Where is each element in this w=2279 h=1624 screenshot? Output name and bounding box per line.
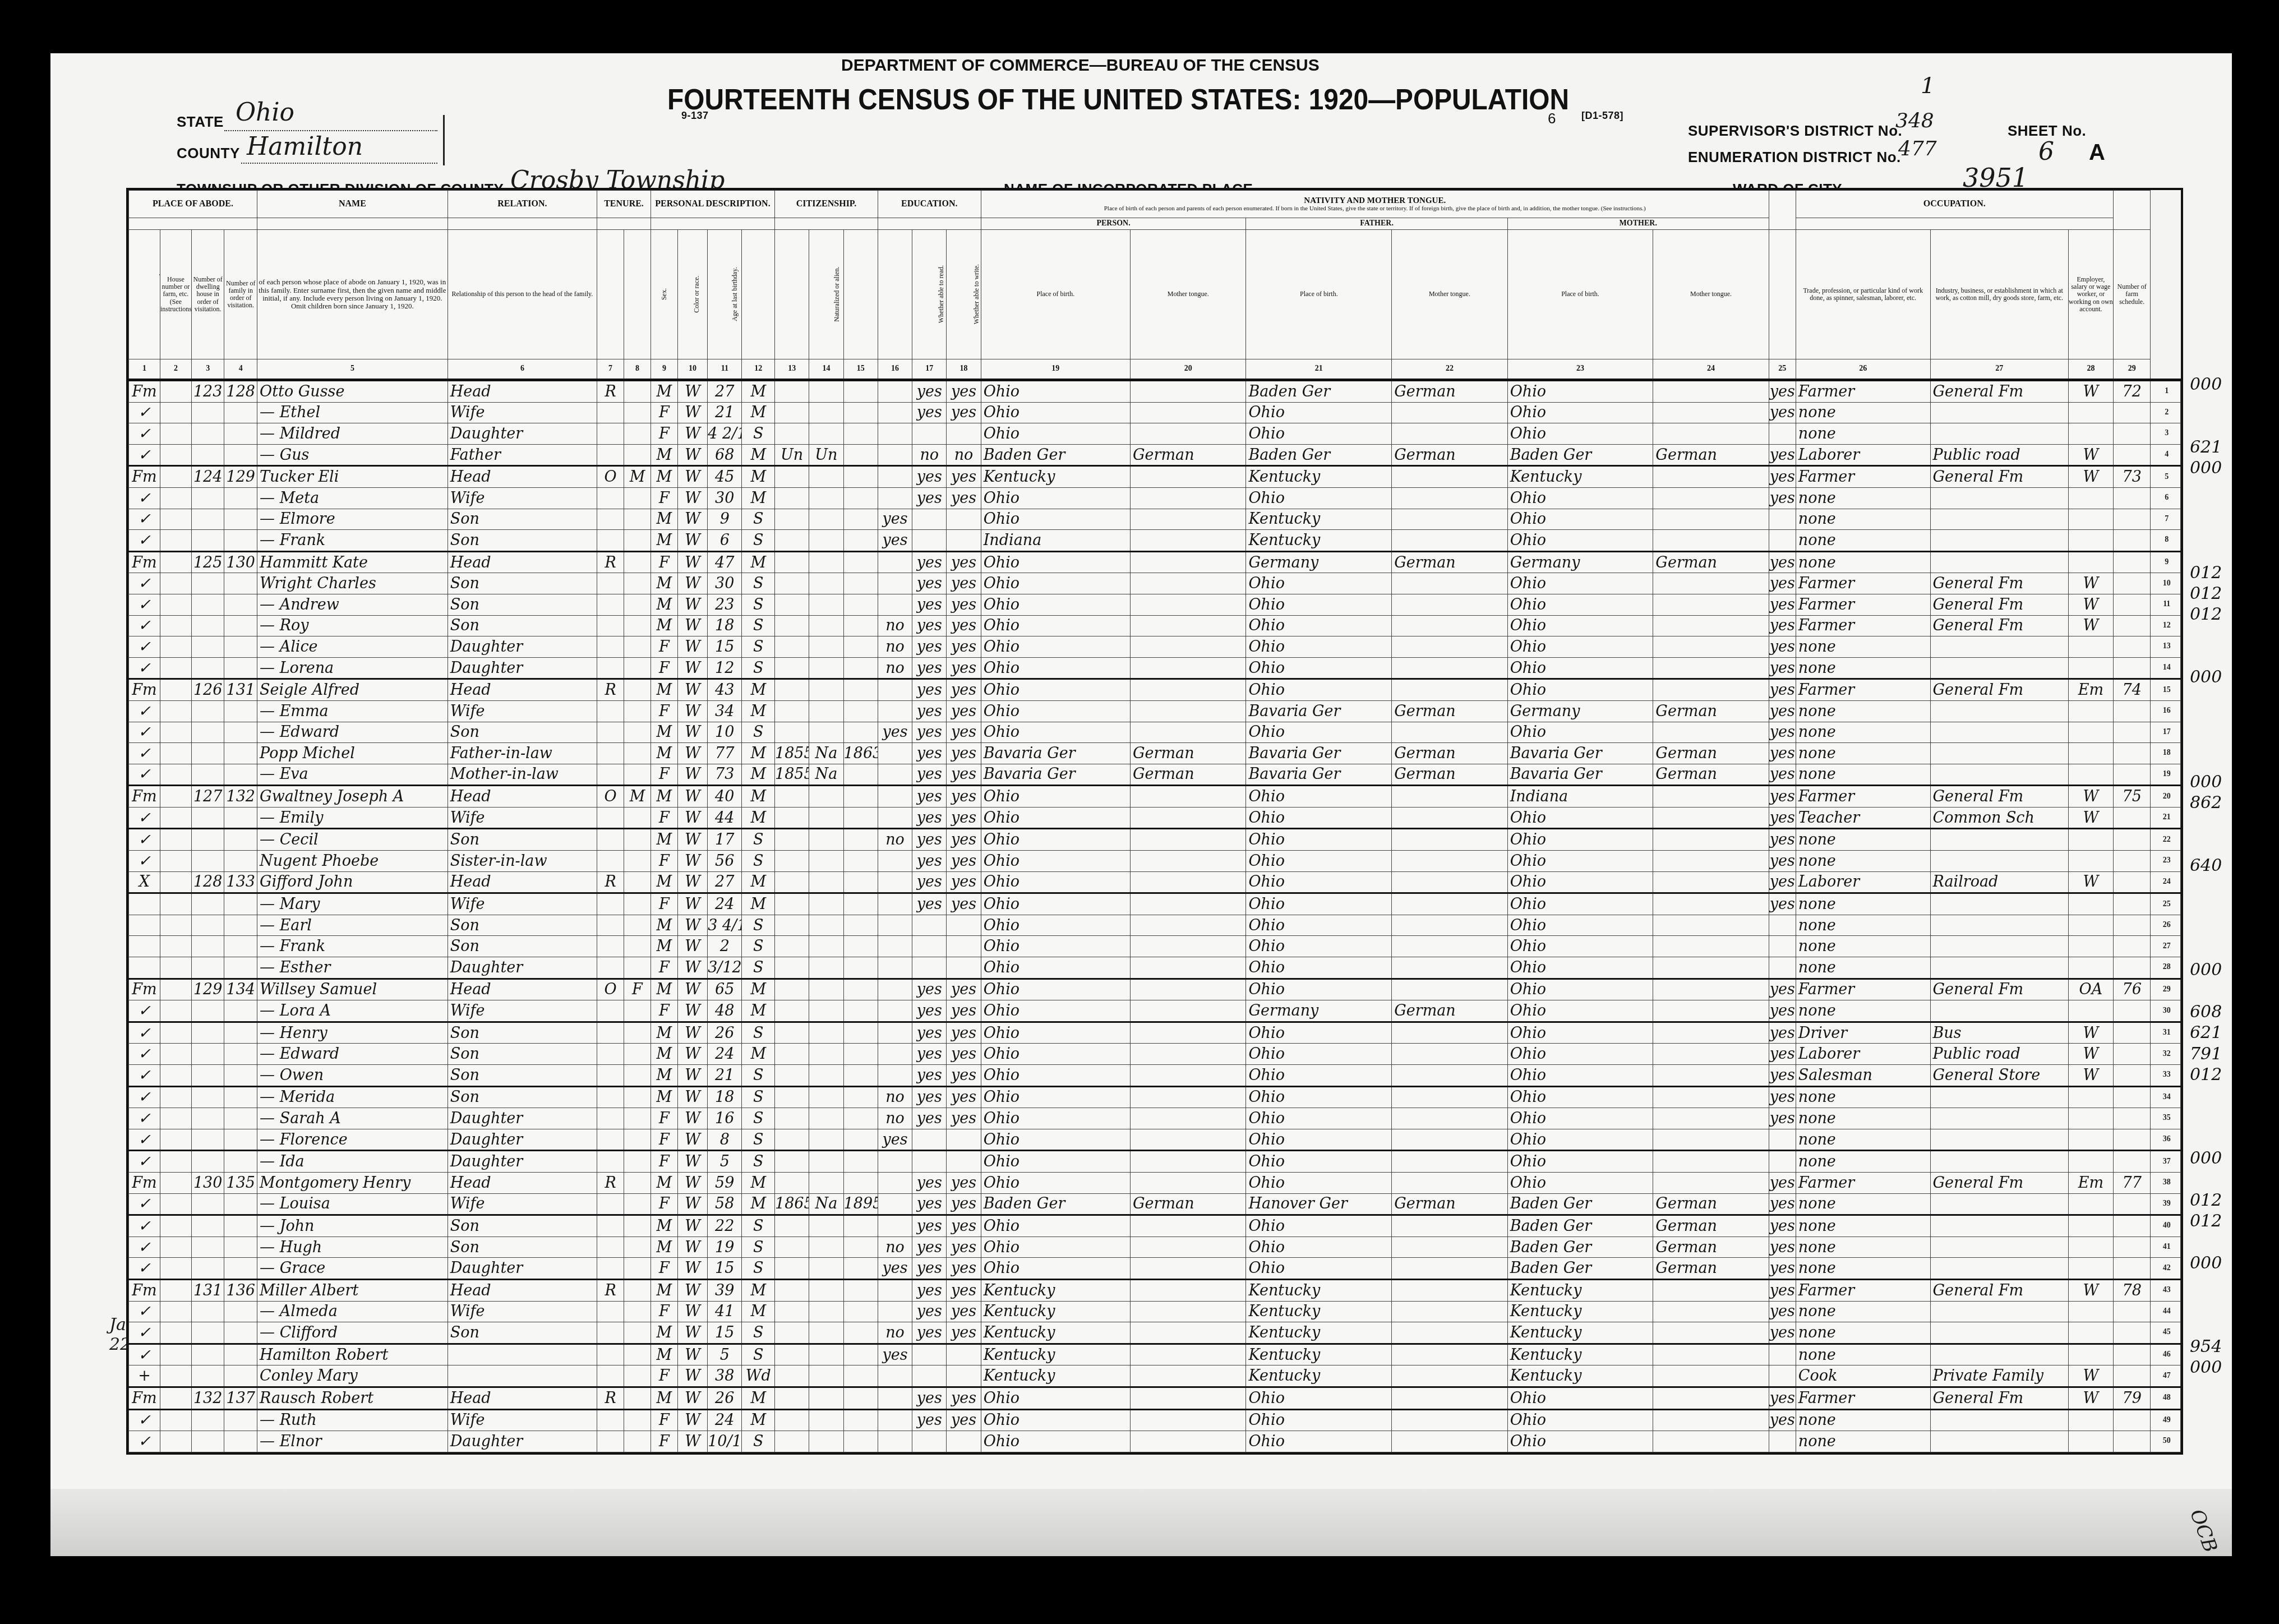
group-education: EDUCATION. bbox=[878, 191, 981, 218]
farm-schedule-cell: 76 bbox=[2113, 979, 2151, 1000]
home-owned-cell bbox=[597, 764, 624, 786]
state-line bbox=[224, 130, 437, 131]
mortgage-cell bbox=[624, 573, 651, 594]
father-tongue-cell bbox=[1392, 1129, 1507, 1151]
col-header-name: of each person whose place of abode on J… bbox=[257, 230, 448, 359]
trade-cell: Farmer bbox=[1796, 786, 1930, 808]
dwelling-number-cell bbox=[191, 615, 224, 636]
employer-class-cell bbox=[2068, 1086, 2113, 1108]
home-owned-cell bbox=[597, 1044, 624, 1065]
dwelling-number-cell bbox=[191, 1322, 224, 1344]
house-number-cell bbox=[160, 829, 191, 851]
line-number: 43 bbox=[2151, 1279, 2181, 1301]
farm-schedule-cell bbox=[2113, 829, 2151, 851]
read-cell: yes bbox=[912, 1044, 947, 1065]
family-number-cell bbox=[224, 722, 257, 743]
father-tongue-cell bbox=[1392, 829, 1507, 851]
relation-cell: Son bbox=[448, 936, 597, 957]
father-birthplace-cell: Ohio bbox=[1246, 915, 1392, 936]
home-owned-cell: R bbox=[597, 551, 624, 573]
name-cell: Hamilton Robert bbox=[257, 1344, 448, 1365]
sex-cell: F bbox=[651, 423, 677, 445]
naturalized-cell bbox=[809, 530, 843, 552]
write-cell bbox=[947, 1151, 981, 1173]
family-number-cell bbox=[224, 1086, 257, 1108]
school-cell bbox=[878, 807, 912, 829]
birthplace-cell: Ohio bbox=[981, 957, 1130, 979]
name-cell: Gwaltney Joseph A bbox=[257, 786, 448, 808]
employer-class-cell bbox=[2068, 1322, 2113, 1344]
mortgage-cell bbox=[624, 509, 651, 530]
street-cell: + bbox=[129, 1365, 160, 1387]
father-tongue-cell bbox=[1392, 530, 1507, 552]
industry-cell bbox=[1930, 893, 2068, 915]
mother-birthplace-cell: Baden Ger bbox=[1507, 444, 1653, 466]
mother-mother-tongue-cell bbox=[1653, 1151, 1769, 1173]
sex-cell: F bbox=[651, 1431, 677, 1452]
col-number: 27 bbox=[1930, 359, 2068, 380]
trade-cell: Salesman bbox=[1796, 1065, 1930, 1087]
father-birthplace-cell: Bavaria Ger bbox=[1246, 743, 1392, 764]
mother-tongue-cell bbox=[1131, 1322, 1246, 1344]
col-header-home-owned: Home owned or rented. bbox=[597, 230, 624, 359]
father-birthplace-cell: Ohio bbox=[1246, 1044, 1392, 1065]
immigration-year-cell bbox=[775, 1108, 809, 1129]
mother-birthplace-cell: Baden Ger bbox=[1507, 1215, 1653, 1237]
marital-cell: S bbox=[742, 657, 775, 679]
father-tongue-cell: German bbox=[1392, 444, 1507, 466]
street-cell: ✓ bbox=[129, 487, 160, 509]
table-row: X128133Gifford JohnHeadRMW27MyesyesOhioO… bbox=[129, 871, 2181, 893]
mother-tongue-cell bbox=[1131, 1301, 1246, 1322]
sex-cell: M bbox=[651, 444, 677, 466]
name-cell: Gifford John bbox=[257, 871, 448, 893]
mother-birthplace-cell: Ohio bbox=[1507, 1431, 1653, 1452]
line-number: 46 bbox=[2151, 1344, 2181, 1365]
farm-schedule-cell bbox=[2113, 1086, 2151, 1108]
mother-mother-tongue-cell: German bbox=[1653, 551, 1769, 573]
street-cell: ✓ bbox=[129, 594, 160, 615]
group-name: NAME bbox=[257, 191, 448, 218]
trade-cell: none bbox=[1796, 851, 1930, 872]
naturalized-cell bbox=[809, 509, 843, 530]
col-number: 7 bbox=[597, 359, 624, 380]
name-cell: — Roy bbox=[257, 615, 448, 636]
family-number-cell bbox=[224, 829, 257, 851]
mortgage-cell bbox=[624, 551, 651, 573]
write-cell: yes bbox=[947, 700, 981, 722]
trade-cell: none bbox=[1796, 1431, 1930, 1452]
col-header-color: Color or race. bbox=[677, 230, 707, 359]
mother-birthplace-cell: Ohio bbox=[1507, 530, 1653, 552]
race-cell: W bbox=[677, 444, 707, 466]
write-cell: yes bbox=[947, 807, 981, 829]
race-cell: W bbox=[677, 1000, 707, 1022]
mother-mother-tongue-cell bbox=[1653, 1086, 1769, 1108]
trade-cell: none bbox=[1796, 423, 1930, 445]
mother-mother-tongue-cell bbox=[1653, 615, 1769, 636]
sex-cell: M bbox=[651, 829, 677, 851]
col-header-street: Street, avenue, road, etc. bbox=[129, 230, 160, 359]
birthplace-cell: Ohio bbox=[981, 1044, 1130, 1065]
naturalization-year-cell bbox=[843, 722, 878, 743]
dwelling-number-cell bbox=[191, 657, 224, 679]
house-number-cell bbox=[160, 743, 191, 764]
speak-english-cell bbox=[1769, 1365, 1796, 1387]
line-number: 14 bbox=[2151, 657, 2181, 679]
speak-english-cell: yes bbox=[1769, 722, 1796, 743]
mother-mother-tongue-cell bbox=[1653, 722, 1769, 743]
home-owned-cell: R bbox=[597, 679, 624, 701]
table-row: — EstherDaughterFW3/12SOhioOhioOhionone2… bbox=[129, 957, 2181, 979]
industry-cell bbox=[1930, 1151, 2068, 1173]
farm-schedule-cell bbox=[2113, 444, 2151, 466]
mortgage-cell bbox=[624, 1215, 651, 1237]
sex-cell: F bbox=[651, 1108, 677, 1129]
mother-mother-tongue-cell: German bbox=[1653, 1193, 1769, 1215]
age-cell: 19 bbox=[708, 1237, 742, 1258]
naturalized-cell bbox=[809, 1237, 843, 1258]
employer-class-cell bbox=[2068, 1108, 2113, 1129]
father-tongue-cell bbox=[1392, 1151, 1507, 1173]
naturalized-cell bbox=[809, 1086, 843, 1108]
race-cell: W bbox=[677, 551, 707, 573]
father-tongue-cell: German bbox=[1392, 700, 1507, 722]
speak-english-cell: yes bbox=[1769, 615, 1796, 636]
age-cell: 16 bbox=[708, 1108, 742, 1129]
relation-cell: Son bbox=[448, 722, 597, 743]
group-farm-schedule bbox=[2113, 191, 2151, 230]
home-owned-cell bbox=[597, 636, 624, 658]
street-cell: ✓ bbox=[129, 1344, 160, 1365]
farm-schedule-cell bbox=[2113, 1431, 2151, 1452]
street-cell: ✓ bbox=[129, 1065, 160, 1087]
marital-cell: M bbox=[742, 743, 775, 764]
line-number: 30 bbox=[2151, 1000, 2181, 1022]
family-number-cell bbox=[224, 700, 257, 722]
naturalization-year-cell bbox=[843, 979, 878, 1000]
house-number-cell bbox=[160, 1086, 191, 1108]
family-number-cell bbox=[224, 1258, 257, 1280]
farm-schedule-cell bbox=[2113, 1108, 2151, 1129]
mother-birthplace-cell: Germany bbox=[1507, 551, 1653, 573]
read-cell: yes bbox=[912, 402, 947, 423]
industry-cell bbox=[1930, 1193, 2068, 1215]
read-cell bbox=[912, 423, 947, 445]
mortgage-cell bbox=[624, 1301, 651, 1322]
occupation-code-note: 012 bbox=[2190, 1065, 2222, 1085]
trade-cell: none bbox=[1796, 402, 1930, 423]
mother-mother-tongue-cell bbox=[1653, 1301, 1769, 1322]
immigration-year-cell bbox=[775, 1322, 809, 1344]
dwelling-number-cell bbox=[191, 764, 224, 786]
marital-cell: S bbox=[742, 509, 775, 530]
name-cell: — Andrew bbox=[257, 594, 448, 615]
mother-mother-tongue-cell: German bbox=[1653, 1237, 1769, 1258]
trade-cell: none bbox=[1796, 1193, 1930, 1215]
write-cell bbox=[947, 1344, 981, 1365]
school-cell bbox=[878, 979, 912, 1000]
relation-cell: Wife bbox=[448, 807, 597, 829]
father-birthplace-cell: Ohio bbox=[1246, 423, 1392, 445]
table-row: ✓— EvaMother-in-lawFW73M1855NayesyesBava… bbox=[129, 764, 2181, 786]
house-number-cell bbox=[160, 807, 191, 829]
farm-schedule-cell bbox=[2113, 551, 2151, 573]
header-detail-row: Street, avenue, road, etc. House number … bbox=[129, 230, 2181, 359]
dwelling-number-cell bbox=[191, 722, 224, 743]
naturalization-year-cell bbox=[843, 1044, 878, 1065]
name-cell: Montgomery Henry bbox=[257, 1172, 448, 1193]
employer-class-cell bbox=[2068, 1151, 2113, 1173]
race-cell: W bbox=[677, 1322, 707, 1344]
family-number-cell: 135 bbox=[224, 1172, 257, 1193]
line-number: 4 bbox=[2151, 444, 2181, 466]
mother-tongue-cell bbox=[1131, 936, 1246, 957]
trade-cell: none bbox=[1796, 1237, 1930, 1258]
race-cell: W bbox=[677, 893, 707, 915]
naturalized-cell bbox=[809, 722, 843, 743]
mortgage-cell: M bbox=[624, 466, 651, 488]
mother-tongue-cell bbox=[1131, 1431, 1246, 1452]
mother-tongue-cell bbox=[1131, 1344, 1246, 1365]
sex-cell: M bbox=[651, 573, 677, 594]
father-birthplace-cell: Kentucky bbox=[1246, 1344, 1392, 1365]
home-owned-cell bbox=[597, 851, 624, 872]
dwelling-number-cell bbox=[191, 851, 224, 872]
line-number: 1 bbox=[2151, 380, 2181, 403]
farm-schedule-cell bbox=[2113, 402, 2151, 423]
street-cell: Fm bbox=[129, 679, 160, 701]
mortgage-cell bbox=[624, 1151, 651, 1173]
table-row: ✓— EthelWifeFW21MyesyesOhioOhioOhioyesno… bbox=[129, 402, 2181, 423]
table-row: ✓— MeridaSonMW18SnoyesyesOhioOhioOhioyes… bbox=[129, 1086, 2181, 1108]
employer-class-cell: W bbox=[2068, 1065, 2113, 1087]
race-cell: W bbox=[677, 402, 707, 423]
write-cell: yes bbox=[947, 1065, 981, 1087]
speak-english-cell: yes bbox=[1769, 573, 1796, 594]
name-cell: Conley Mary bbox=[257, 1365, 448, 1387]
naturalization-year-cell bbox=[843, 423, 878, 445]
name-cell: — Emily bbox=[257, 807, 448, 829]
mother-mother-tongue-cell bbox=[1653, 851, 1769, 872]
employer-class-cell: W bbox=[2068, 1279, 2113, 1301]
col-number: 10 bbox=[677, 359, 707, 380]
read-cell: yes bbox=[912, 573, 947, 594]
birthplace-cell: Ohio bbox=[981, 1151, 1130, 1173]
write-cell: yes bbox=[947, 1237, 981, 1258]
naturalization-year-cell bbox=[843, 551, 878, 573]
family-number-cell bbox=[224, 509, 257, 530]
naturalized-cell bbox=[809, 636, 843, 658]
father-tongue-cell bbox=[1392, 851, 1507, 872]
immigration-year-cell bbox=[775, 594, 809, 615]
line-number: 41 bbox=[2151, 1237, 2181, 1258]
trade-cell: none bbox=[1796, 1129, 1930, 1151]
trade-cell: Farmer bbox=[1796, 573, 1930, 594]
mother-birthplace-cell: Indiana bbox=[1507, 786, 1653, 808]
write-cell: yes bbox=[947, 636, 981, 658]
mother-mother-tongue-cell: German bbox=[1653, 1215, 1769, 1237]
name-cell: Miller Albert bbox=[257, 1279, 448, 1301]
age-cell: 56 bbox=[708, 851, 742, 872]
col-number: 18 bbox=[947, 359, 981, 380]
employer-class-cell: W bbox=[2068, 871, 2113, 893]
write-cell: yes bbox=[947, 679, 981, 701]
birthplace-cell: Ohio bbox=[981, 829, 1130, 851]
employer-class-cell bbox=[2068, 1258, 2113, 1280]
write-cell: yes bbox=[947, 851, 981, 872]
race-cell: W bbox=[677, 700, 707, 722]
county-line bbox=[241, 163, 437, 164]
naturalized-cell bbox=[809, 936, 843, 957]
table-row: ✓— Sarah ADaughterFW16SnoyesyesOhioOhioO… bbox=[129, 1108, 2181, 1129]
marital-cell: S bbox=[742, 957, 775, 979]
birthplace-cell: Bavaria Ger bbox=[981, 743, 1130, 764]
farm-schedule-cell bbox=[2113, 957, 2151, 979]
col-number: 23 bbox=[1507, 359, 1653, 380]
mortgage-cell bbox=[624, 1193, 651, 1215]
trade-cell: none bbox=[1796, 1344, 1930, 1365]
race-cell: W bbox=[677, 530, 707, 552]
relation-cell: Head bbox=[448, 1279, 597, 1301]
farm-schedule-cell bbox=[2113, 1151, 2151, 1173]
age-cell: 17 bbox=[708, 829, 742, 851]
age-cell: 3/12 bbox=[708, 957, 742, 979]
immigration-year-cell bbox=[775, 1279, 809, 1301]
naturalized-cell bbox=[809, 1000, 843, 1022]
industry-cell bbox=[1930, 1409, 2068, 1431]
school-cell bbox=[878, 402, 912, 423]
birthplace-cell: Kentucky bbox=[981, 1301, 1130, 1322]
house-number-cell bbox=[160, 1000, 191, 1022]
industry-cell: General Fm bbox=[1930, 1172, 2068, 1193]
naturalized-cell: Na bbox=[809, 764, 843, 786]
group-personal-description: PERSONAL DESCRIPTION. bbox=[651, 191, 774, 218]
write-cell: yes bbox=[947, 573, 981, 594]
naturalization-year-cell bbox=[843, 487, 878, 509]
naturalization-year-cell bbox=[843, 764, 878, 786]
name-cell: — Meta bbox=[257, 487, 448, 509]
farm-schedule-cell bbox=[2113, 594, 2151, 615]
relation-cell: Daughter bbox=[448, 1129, 597, 1151]
employer-class-cell bbox=[2068, 829, 2113, 851]
family-number-cell: 131 bbox=[224, 679, 257, 701]
street-cell: ✓ bbox=[129, 764, 160, 786]
family-number-cell bbox=[224, 957, 257, 979]
write-cell: yes bbox=[947, 594, 981, 615]
naturalized-cell bbox=[809, 402, 843, 423]
race-cell: W bbox=[677, 1431, 707, 1452]
sex-cell: M bbox=[651, 1044, 677, 1065]
street-cell: ✓ bbox=[129, 700, 160, 722]
street-cell: ✓ bbox=[129, 573, 160, 594]
industry-cell: General Fm bbox=[1930, 380, 2068, 403]
state-county-bracket bbox=[439, 115, 445, 165]
father-tongue-cell bbox=[1392, 936, 1507, 957]
mother-tongue-cell bbox=[1131, 402, 1246, 423]
marital-cell: M bbox=[742, 679, 775, 701]
dwelling-number-cell bbox=[191, 915, 224, 936]
mortgage-cell bbox=[624, 1108, 651, 1129]
industry-cell bbox=[1930, 509, 2068, 530]
street-cell: ✓ bbox=[129, 444, 160, 466]
employer-class-cell bbox=[2068, 1000, 2113, 1022]
father-birthplace-cell: Germany bbox=[1246, 1000, 1392, 1022]
street-cell: ✓ bbox=[129, 423, 160, 445]
dwelling-number-cell bbox=[191, 743, 224, 764]
home-owned-cell bbox=[597, 1365, 624, 1387]
line-number: 25 bbox=[2151, 893, 2181, 915]
mortgage-cell bbox=[624, 851, 651, 872]
read-cell: yes bbox=[912, 1000, 947, 1022]
naturalization-year-cell bbox=[843, 444, 878, 466]
employer-class-cell bbox=[2068, 1344, 2113, 1365]
farm-schedule-cell bbox=[2113, 764, 2151, 786]
age-cell: 5 bbox=[708, 1344, 742, 1365]
header-subgroup-row: PERSON. FATHER. MOTHER. bbox=[129, 218, 2181, 230]
naturalized-cell bbox=[809, 1022, 843, 1044]
home-owned-cell bbox=[597, 615, 624, 636]
immigration-year-cell: 1855 bbox=[775, 764, 809, 786]
immigration-year-cell bbox=[775, 423, 809, 445]
occupation-code-note: 000 bbox=[2190, 772, 2222, 792]
mother-birthplace-cell: Baden Ger bbox=[1507, 1258, 1653, 1280]
dwelling-number-cell: 127 bbox=[191, 786, 224, 808]
home-owned-cell bbox=[597, 1108, 624, 1129]
mother-mother-tongue-cell bbox=[1653, 679, 1769, 701]
immigration-year-cell: Un bbox=[775, 444, 809, 466]
name-cell: — Gus bbox=[257, 444, 448, 466]
marital-cell: M bbox=[742, 764, 775, 786]
mortgage-cell bbox=[624, 615, 651, 636]
relation-cell bbox=[448, 1365, 597, 1387]
street-cell: ✓ bbox=[129, 722, 160, 743]
farm-schedule-cell bbox=[2113, 1193, 2151, 1215]
table-row: ✓— FrankSonMW6SyesIndianaKentuckyOhionon… bbox=[129, 530, 2181, 552]
marital-cell: M bbox=[742, 700, 775, 722]
father-tongue-cell: German bbox=[1392, 551, 1507, 573]
industry-cell: General Fm bbox=[1930, 786, 2068, 808]
industry-cell bbox=[1930, 402, 2068, 423]
write-cell: yes bbox=[947, 1279, 981, 1301]
family-number-cell: 133 bbox=[224, 871, 257, 893]
father-birthplace-cell: Bavaria Ger bbox=[1246, 764, 1392, 786]
marital-cell: S bbox=[742, 1344, 775, 1365]
col-header-father-birthplace: Place of birth. bbox=[1246, 230, 1392, 359]
street-cell: ✓ bbox=[129, 530, 160, 552]
birthplace-cell: Ohio bbox=[981, 636, 1130, 658]
age-cell: 24 bbox=[708, 1409, 742, 1431]
house-number-cell bbox=[160, 487, 191, 509]
col-header-mother-tongue: Mother tongue. bbox=[1653, 230, 1769, 359]
table-row: ✓— FlorenceDaughterFW8SyesOhioOhioOhiono… bbox=[129, 1129, 2181, 1151]
naturalized-cell bbox=[809, 1151, 843, 1173]
relation-cell: Mother-in-law bbox=[448, 764, 597, 786]
immigration-year-cell bbox=[775, 829, 809, 851]
mother-birthplace-cell: Germany bbox=[1507, 700, 1653, 722]
education-spacer bbox=[878, 218, 981, 230]
table-row: ✓Nugent PhoebeSister-in-lawFW56SyesyesOh… bbox=[129, 851, 2181, 872]
speak-english-cell: yes bbox=[1769, 1022, 1796, 1044]
mother-tongue-cell bbox=[1131, 1022, 1246, 1044]
col-header-family: Number of family in order of visitation. bbox=[224, 230, 257, 359]
mortgage-cell bbox=[624, 1000, 651, 1022]
mother-tongue-cell bbox=[1131, 636, 1246, 658]
mortgage-cell bbox=[624, 1086, 651, 1108]
table-row: ✓— OwenSonMW21SyesyesOhioOhioOhioyesSale… bbox=[129, 1065, 2181, 1087]
mortgage-cell: F bbox=[624, 979, 651, 1000]
occupation-code-note: 954 bbox=[2190, 1337, 2222, 1357]
